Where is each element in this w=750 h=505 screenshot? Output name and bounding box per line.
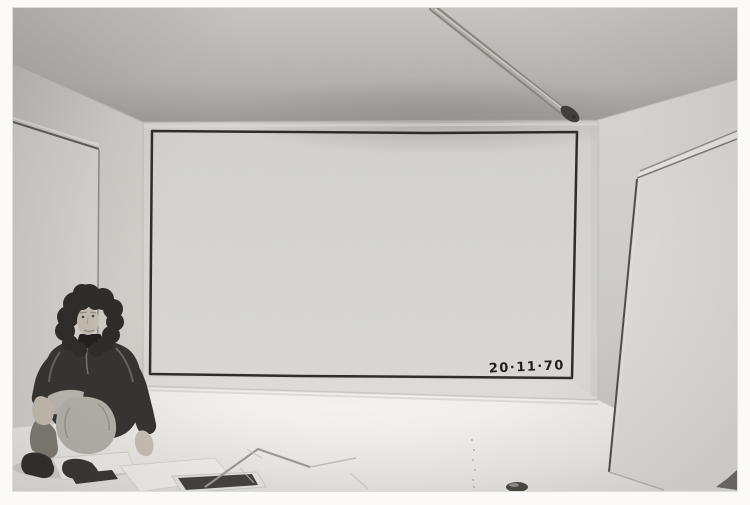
photo-scene <box>13 8 737 491</box>
date-inscription: 20·11·70 <box>483 358 566 380</box>
photograph: 20·11·70 <box>13 8 737 491</box>
grain-overlay <box>13 8 737 491</box>
photograph-page: 20·11·70 <box>0 0 750 505</box>
